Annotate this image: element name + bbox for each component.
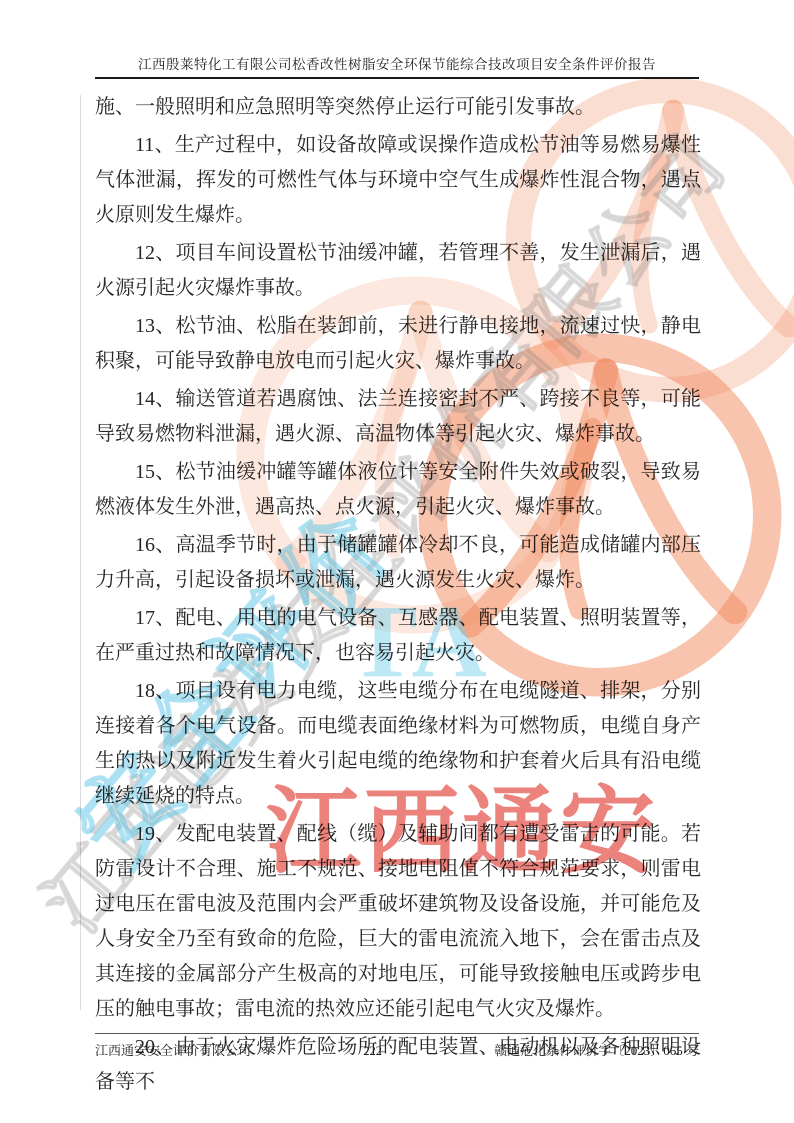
footer-page-number: 222 bbox=[363, 1044, 382, 1059]
paragraph-18: 18、项目设有电力电缆，这些电缆分布在电缆隧道、排架，分别连接着各个电气设备。而… bbox=[95, 674, 701, 814]
paragraph-15: 15、松节油缓冲罐等罐体液位计等安全附件失效或破裂，导致易燃液体发生外泄，遇高热… bbox=[95, 455, 701, 525]
paragraph-continuation: 施、一般照明和应急照明等突然停止运行可能引发事故。 bbox=[95, 90, 701, 125]
report-page: 江西殷莱特化工有限公司松香改性树脂安全环保节能综合技改项目安全条件评价报告 施、… bbox=[0, 0, 794, 1123]
footer-company: 江西通安安全评价有限公司 bbox=[95, 1040, 251, 1059]
page-footer: 江西通安安全评价有限公司 222 赣通危化条件评价字〔2023〕065 号 bbox=[95, 1040, 699, 1059]
header-rule bbox=[95, 77, 699, 79]
paragraph-11: 11、生产过程中，如设备故障或误操作造成松节油等易燃易爆性气体泄漏，挥发的可燃性… bbox=[95, 128, 701, 233]
paragraph-16: 16、高温季节时，由于储罐罐体冷却不良，可能造成储罐内部压力升高，引起设备损坏或… bbox=[95, 528, 701, 598]
paragraph-12: 12、项目车间设置松节油缓冲罐，若管理不善，发生泄漏后，遇火源引起火灾爆炸事故。 bbox=[95, 236, 701, 306]
paragraph-17: 17、配电、用电的电气设备、互感器、配电装置、照明装置等，在严重过热和故障情况下… bbox=[95, 601, 701, 671]
footer-doc-number: 赣通危化条件评价字〔2023〕065 号 bbox=[494, 1040, 699, 1059]
paragraph-19: 19、发配电装置、配线（缆）及辅助间都有遭受雷击的可能。若防雷设计不合理、施工不… bbox=[95, 817, 701, 1027]
header-title: 江西殷莱特化工有限公司松香改性树脂安全环保节能综合技改项目安全条件评价报告 bbox=[95, 53, 699, 73]
scan-edge-line bbox=[80, 95, 81, 1010]
footer-rule bbox=[95, 1033, 699, 1034]
report-body: 施、一般照明和应急照明等突然停止运行可能引发事故。 11、生产过程中，如设备故障… bbox=[95, 90, 701, 1103]
paragraph-13: 13、松节油、松脂在装卸前，未进行静电接地，流速过快，静电积聚，可能导致静电放电… bbox=[95, 309, 701, 379]
paragraph-14: 14、输送管道若遇腐蚀、法兰连接密封不严、跨接不良等，可能导致易燃物料泄漏，遇火… bbox=[95, 382, 701, 452]
